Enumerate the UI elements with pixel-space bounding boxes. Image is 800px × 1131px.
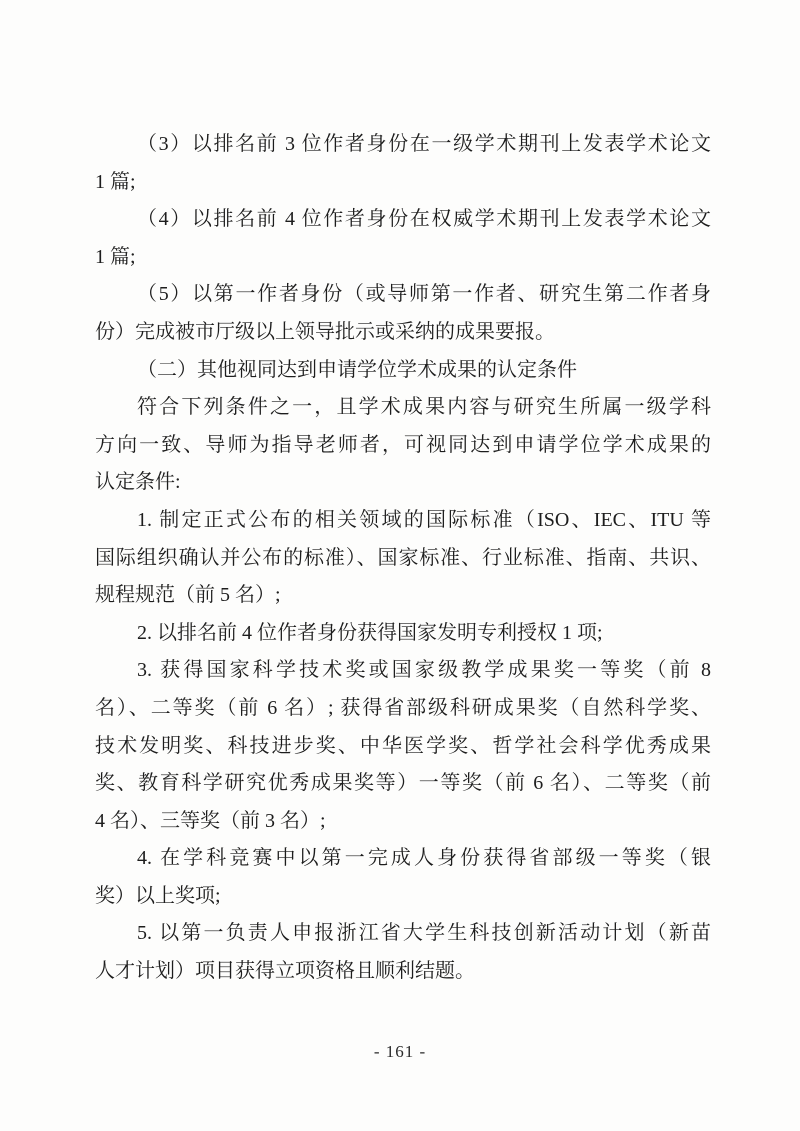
text-line: 份）完成被市厅级以上领导批示或采纳的成果要报。	[95, 314, 711, 352]
text-line: 人才计划）项目获得立项资格且顺利结题。	[95, 953, 711, 991]
page-number: - 161 -	[0, 1042, 800, 1062]
text-line: 方向一致、导师为指导老师者，可视同达到申请学位学术成果的	[95, 427, 711, 465]
document-body: （3）以排名前 3 位作者身份在一级学术期刊上发表学术论文1 篇;（4）以排名前…	[95, 126, 711, 991]
text-line: 符合下列条件之一，且学术成果内容与研究生所属一级学科	[95, 389, 711, 427]
text-line: 规程规范（前 5 名）;	[95, 577, 711, 615]
text-line: 2. 以排名前 4 位作者身份获得国家发明专利授权 1 项;	[95, 615, 711, 653]
text-line: 国际组织确认并公布的标准）、国家标准、行业标准、指南、共识、	[95, 540, 711, 578]
text-line: 5. 以第一负责人申报浙江省大学生科技创新活动计划（新苗	[95, 915, 711, 953]
text-line: 技术发明奖、科技进步奖、中华医学奖、哲学社会科学优秀成果	[95, 728, 711, 766]
text-line: （4）以排名前 4 位作者身份在权威学术期刊上发表学术论文	[95, 201, 711, 239]
text-line: 认定条件:	[95, 464, 711, 502]
text-line: 1 篇;	[95, 164, 711, 202]
text-line: 奖）以上奖项;	[95, 878, 711, 916]
text-line: 奖、教育科学研究优秀成果奖等）一等奖（前 6 名）、二等奖（前	[95, 765, 711, 803]
text-line: 4 名）、三等奖（前 3 名）;	[95, 803, 711, 841]
text-line: 1. 制定正式公布的相关领域的国际标准（ISO、IEC、ITU 等	[95, 502, 711, 540]
text-line: 名）、二等奖（前 6 名）; 获得省部级科研成果奖（自然科学奖、	[95, 690, 711, 728]
text-line: 1 篇;	[95, 239, 711, 277]
text-line: （5）以第一作者身份（或导师第一作者、研究生第二作者身	[95, 276, 711, 314]
text-line: （二）其他视同达到申请学位学术成果的认定条件	[95, 352, 711, 390]
text-line: （3）以排名前 3 位作者身份在一级学术期刊上发表学术论文	[95, 126, 711, 164]
text-line: 4. 在学科竞赛中以第一完成人身份获得省部级一等奖（银	[95, 840, 711, 878]
document-page: （3）以排名前 3 位作者身份在一级学术期刊上发表学术论文1 篇;（4）以排名前…	[0, 0, 800, 1131]
text-line: 3. 获得国家科学技术奖或国家级教学成果奖一等奖（前 8	[95, 652, 711, 690]
